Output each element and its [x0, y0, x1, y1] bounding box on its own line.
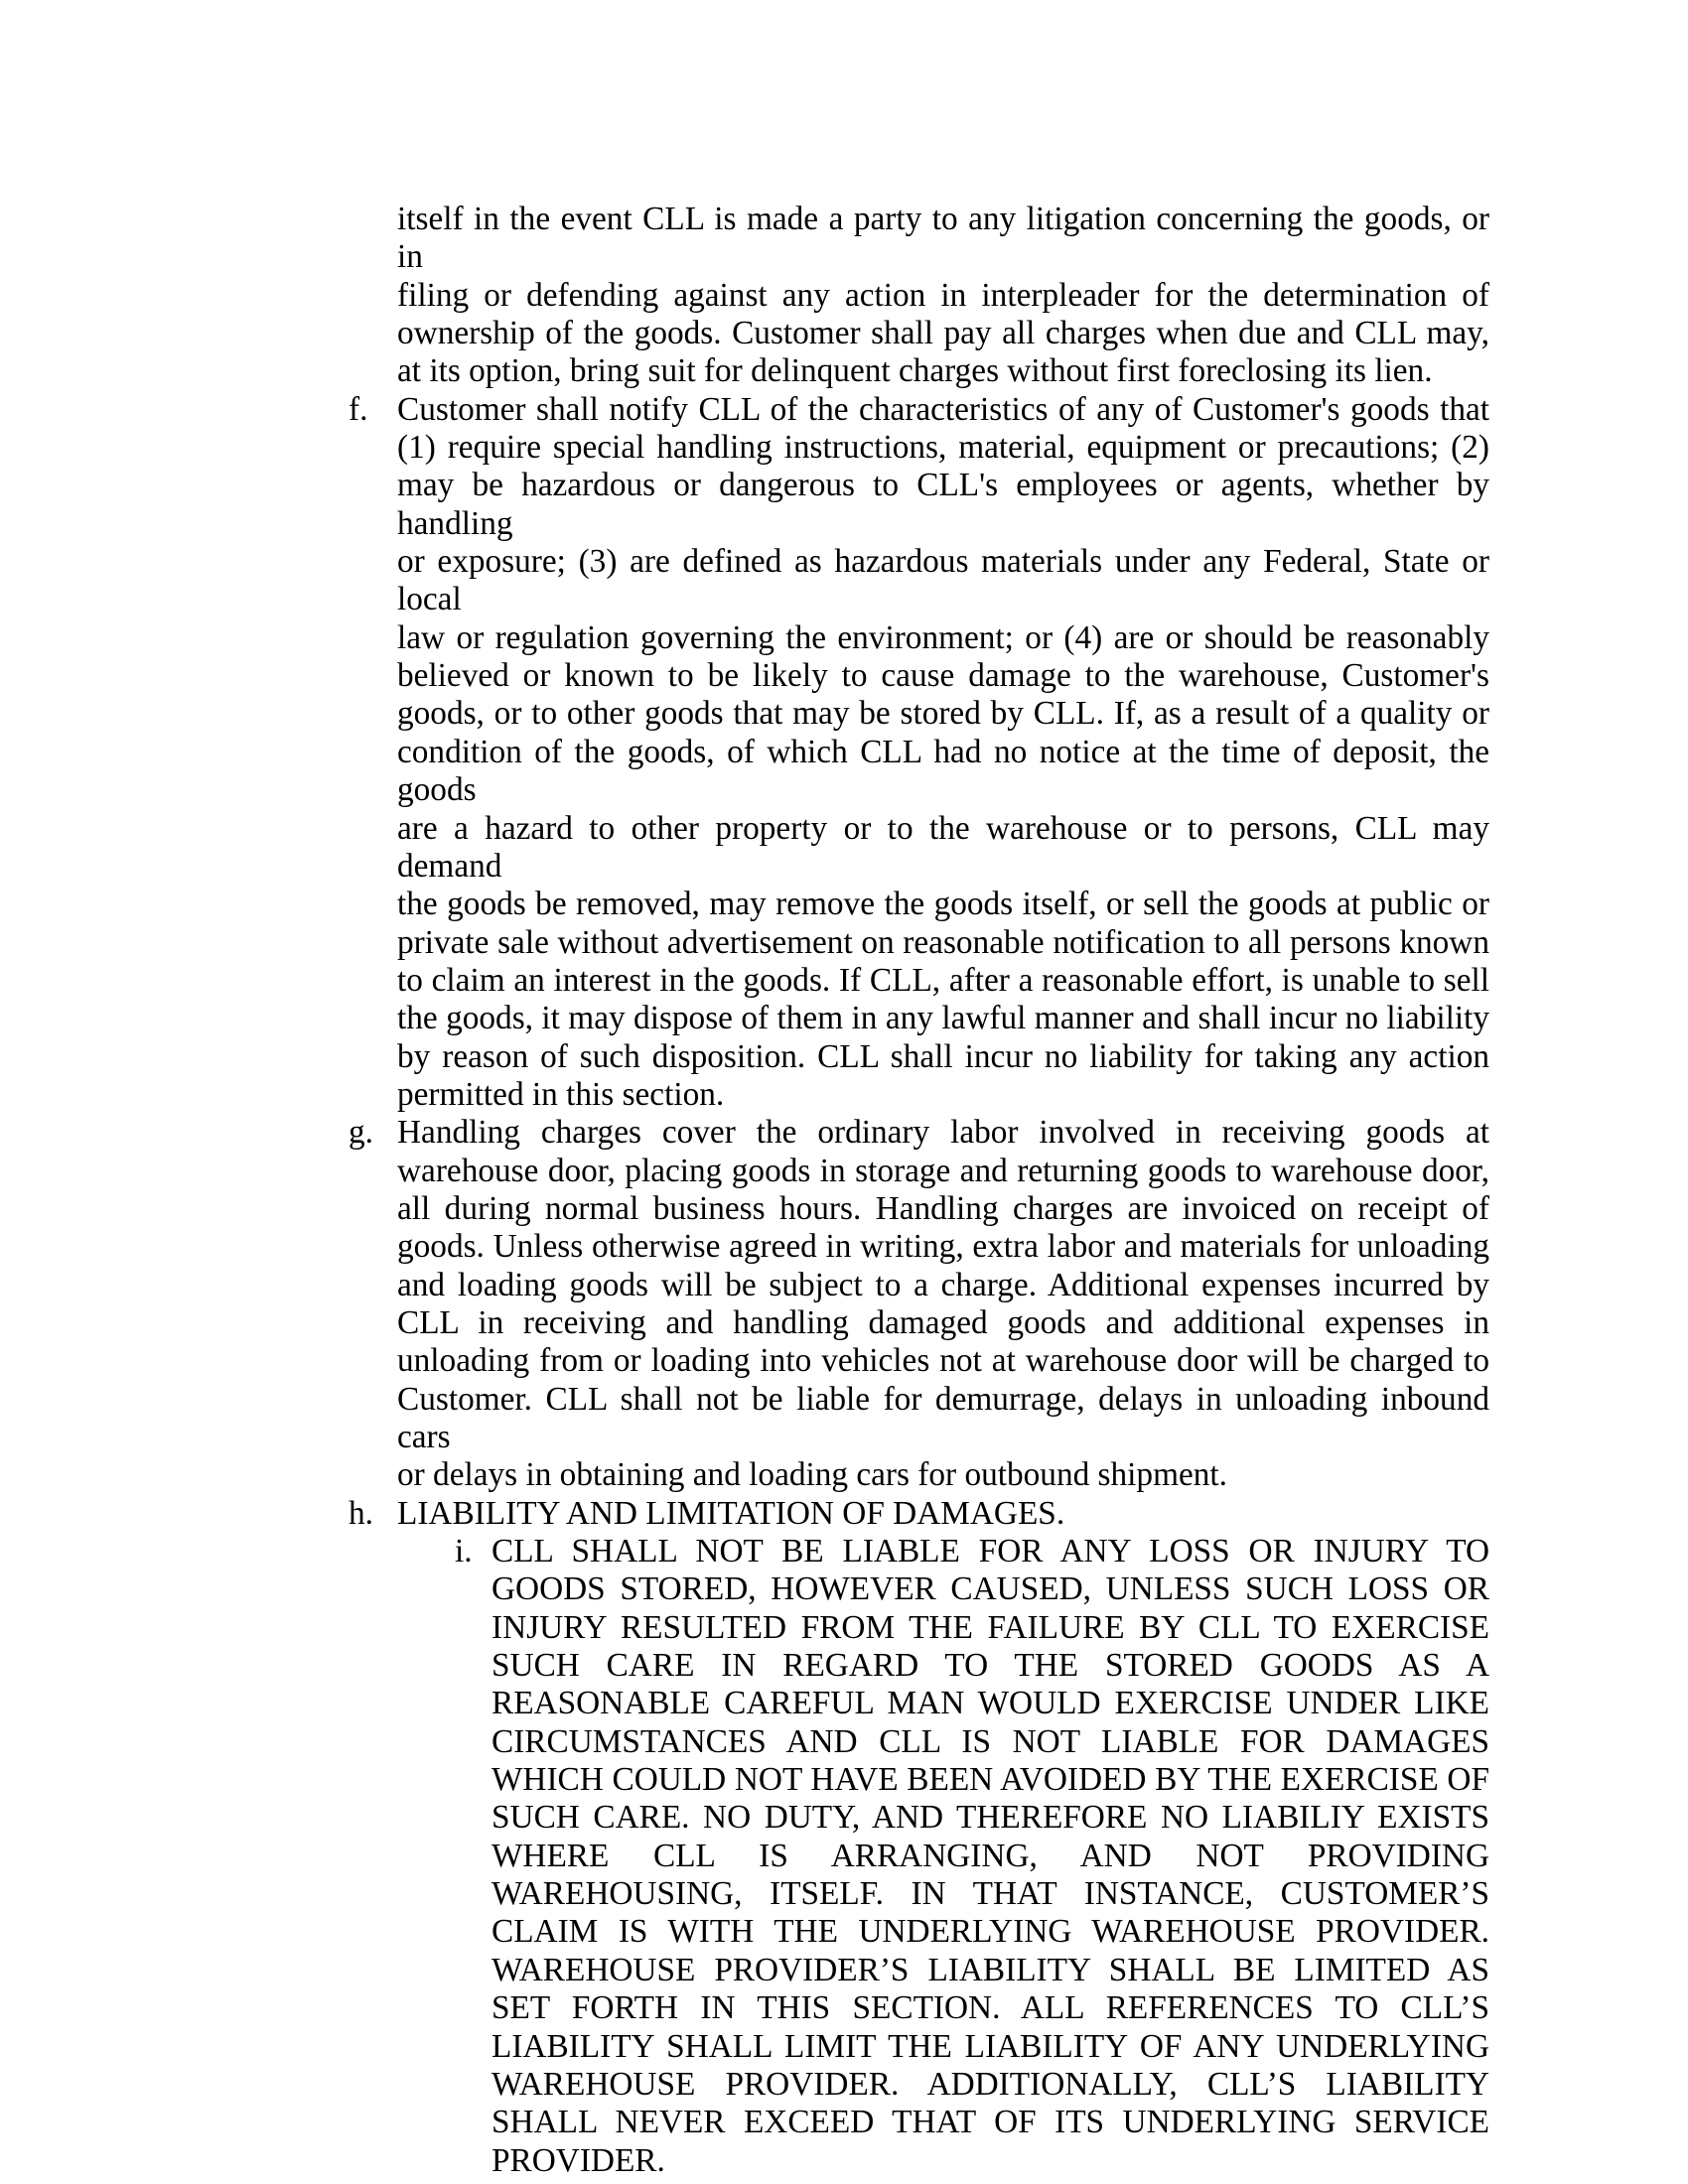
text-line: the goods be removed, may remove the goo… — [397, 886, 1489, 923]
list-marker-f: f. — [349, 391, 367, 429]
text-line: LIABILITY SHALL LIMIT THE LIABILITY OF A… — [492, 2028, 1489, 2066]
text-line: SUCH CARE. NO DUTY, AND THEREFORE NO LIA… — [492, 1799, 1489, 1837]
paragraph-continuation: itself in the event CLL is made a party … — [397, 201, 1489, 391]
text-line: by reason of such disposition. CLL shall… — [397, 1038, 1489, 1076]
text-line: SUCH CARE IN REGARD TO THE STORED GOODS … — [492, 1647, 1489, 1685]
list-marker-h: h. — [349, 1495, 373, 1533]
text-line: PROVIDER. — [492, 2142, 1489, 2180]
list-item-h: h. LIABILITY AND LIMITATION OF DAMAGES. — [397, 1495, 1489, 1533]
text-line: are a hazard to other property or to the… — [397, 810, 1489, 887]
text-line: Handling charges cover the ordinary labo… — [397, 1114, 1489, 1152]
text-line: WHERE CLL IS ARRANGING, AND NOT PROVIDIN… — [492, 1838, 1489, 1875]
list-item-f: f. Customer shall notify CLL of the char… — [397, 391, 1489, 1115]
section-heading-liability: LIABILITY AND LIMITATION OF DAMAGES. — [397, 1495, 1489, 1533]
text-line: INJURY RESULTED FROM THE FAILURE BY CLL … — [492, 1609, 1489, 1647]
list-item-g: g. Handling charges cover the ordinary l… — [397, 1114, 1489, 1494]
text-line: ownership of the goods. Customer shall p… — [397, 315, 1489, 352]
text-line: and loading goods will be subject to a c… — [397, 1267, 1489, 1304]
text-line: CLL in receiving and handling damaged go… — [397, 1304, 1489, 1342]
text-line: or exposure; (3) are defined as hazardou… — [397, 543, 1489, 619]
text-line: filing or defending against any action i… — [397, 277, 1489, 315]
text-line: WAREHOUSE PROVIDER. ADDITIONALLY, CLL’S … — [492, 2066, 1489, 2104]
text-line: all during normal business hours. Handli… — [397, 1190, 1489, 1228]
text-line: warehouse door, placing goods in storage… — [397, 1153, 1489, 1190]
text-line: at its option, bring suit for delinquent… — [397, 352, 1489, 390]
text-line: Customer. CLL shall not be liable for de… — [397, 1381, 1489, 1457]
text-line: unloading from or loading into vehicles … — [397, 1342, 1489, 1380]
text-line: WAREHOUSING, ITSELF. IN THAT INSTANCE, C… — [492, 1875, 1489, 1913]
text-line: condition of the goods, of which CLL had… — [397, 734, 1489, 810]
text-line: WAREHOUSE PROVIDER’S LIABILITY SHALL BE … — [492, 1952, 1489, 1989]
text-line: law or regulation governing the environm… — [397, 619, 1489, 657]
text-line: SET FORTH IN THIS SECTION. ALL REFERENCE… — [492, 1989, 1489, 2027]
text-line: permitted in this section. — [397, 1076, 1489, 1114]
text-line: or delays in obtaining and loading cars … — [397, 1456, 1489, 1494]
text-line: CLL SHALL NOT BE LIABLE FOR ANY LOSS OR … — [492, 1533, 1489, 1570]
text-line: (1) require special handling instruction… — [397, 429, 1489, 467]
list-item-i: i. CLL SHALL NOT BE LIABLE FOR ANY LOSS … — [492, 1533, 1489, 2180]
text-line: GOODS STORED, HOWEVER CAUSED, UNLESS SUC… — [492, 1570, 1489, 1608]
text-line: SHALL NEVER EXCEED THAT OF ITS UNDERLYIN… — [492, 2104, 1489, 2141]
text-line: Customer shall notify CLL of the charact… — [397, 391, 1489, 429]
contract-text-block: itself in the event CLL is made a party … — [397, 201, 1489, 2180]
list-marker-i: i. — [455, 1533, 473, 1570]
text-line: goods, or to other goods that may be sto… — [397, 695, 1489, 733]
text-line: to claim an interest in the goods. If CL… — [397, 962, 1489, 1000]
list-marker-g: g. — [349, 1114, 373, 1152]
text-line: REASONABLE CAREFUL MAN WOULD EXERCISE UN… — [492, 1685, 1489, 1722]
text-line: CIRCUMSTANCES AND CLL IS NOT LIABLE FOR … — [492, 1723, 1489, 1761]
document-page: itself in the event CLL is made a party … — [0, 0, 1688, 2184]
text-line: may be hazardous or dangerous to CLL's e… — [397, 467, 1489, 543]
text-line: CLAIM IS WITH THE UNDERLYING WAREHOUSE P… — [492, 1913, 1489, 1951]
text-line: WHICH COULD NOT HAVE BEEN AVOIDED BY THE… — [492, 1761, 1489, 1799]
text-line: believed or known to be likely to cause … — [397, 657, 1489, 695]
text-line: the goods, it may dispose of them in any… — [397, 1000, 1489, 1037]
text-line: goods. Unless otherwise agreed in writin… — [397, 1228, 1489, 1266]
text-line: private sale without advertisement on re… — [397, 924, 1489, 962]
text-line: itself in the event CLL is made a party … — [397, 201, 1489, 277]
